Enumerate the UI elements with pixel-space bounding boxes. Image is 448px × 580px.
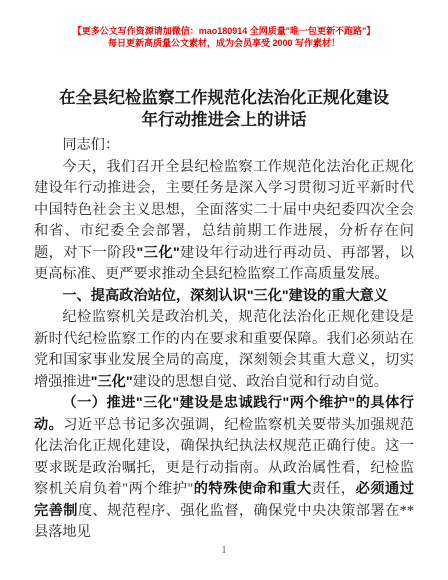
paragraph-1-bold-term: "三化" <box>137 245 180 261</box>
document-title: 在全县纪检监察工作规范化法治化正规化建设 年行动推进会上的讲话 <box>0 87 448 131</box>
document-title-line1: 在全县纪检监察工作规范化法治化正规化建设 <box>0 87 448 109</box>
paragraph-1: 今天，我们召开全县纪检监察工作规范化法治化正规化建设年行动推进会，主要任务是深入… <box>34 157 414 286</box>
section-heading-1: 一、提高政治站位，深刻认识"三化"建设的重大意义 <box>34 286 414 308</box>
section-heading-1-text: 一、提高政治站位，深刻认识"三化"建设的重大意义 <box>62 288 388 304</box>
document-page: 【更多公文写作资源请加微信：mao180914 全网质量"唯一包更新不跑路"】 … <box>0 0 448 580</box>
paragraph-3-run-3: 责任， <box>311 481 355 497</box>
promo-notice-line2: 每日更新高质量公文素材，成为会员享受 2000 写作素材！ <box>0 37 448 49</box>
document-title-line2: 年行动推进会上的讲话 <box>0 109 448 131</box>
paragraph-3: （一）推进"三化"建设是忠诚践行"两个维护"的具体行动。习近平总书记多次强调，纪… <box>34 393 414 544</box>
promo-notice: 【更多公文写作资源请加微信：mao180914 全网质量"唯一包更新不跑路"】 … <box>0 25 448 49</box>
promo-notice-line1: 【更多公文写作资源请加微信：mao180914 全网质量"唯一包更新不跑路"】 <box>0 25 448 37</box>
document-body: 同志们： 今天，我们召开全县纪检监察工作规范化法治化正规化建设年行动推进会，主要… <box>34 135 414 544</box>
paragraph-3-bold-run-2: 的特殊使命和重大 <box>193 481 311 497</box>
paragraph-2: 纪检监察机关是政治机关，规范化法治化正规化建设是新时代纪检监察工作的内在要求和重… <box>34 307 414 393</box>
paragraph-2-run-2: 建设的思想自觉、政治自觉和行动自觉。 <box>133 374 388 390</box>
page-number: 1 <box>0 545 448 556</box>
paragraph-2-bold-term: "三化" <box>91 374 133 390</box>
salutation: 同志们： <box>34 135 414 157</box>
salutation-text: 同志们： <box>62 137 119 153</box>
paragraph-3-run-5: 度、规范程序、强化监督，确保党中央决策部署在**县落地见 <box>34 503 414 541</box>
